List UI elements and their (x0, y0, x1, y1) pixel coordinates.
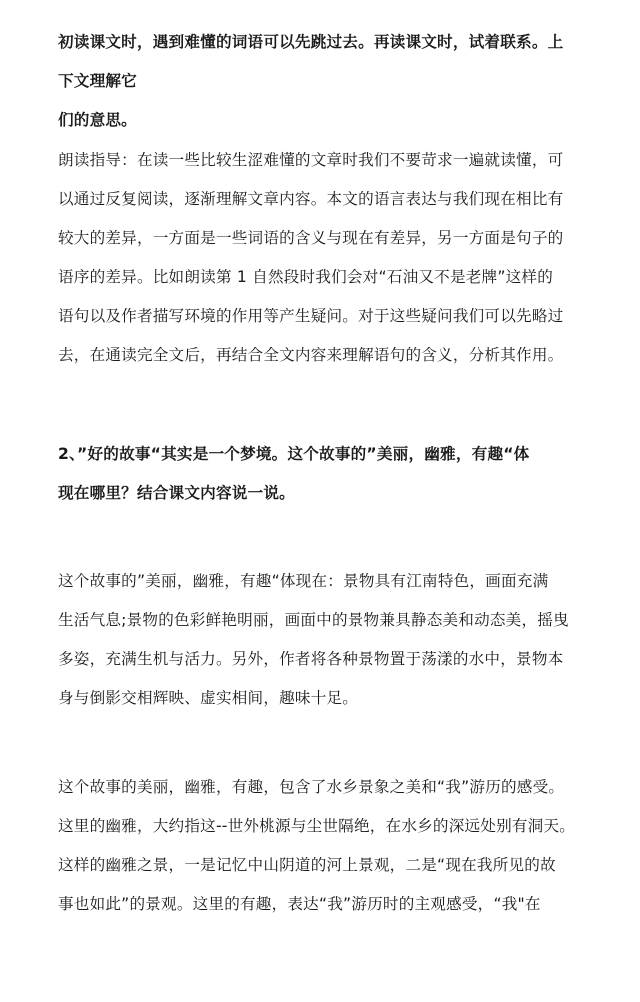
answer-line: 事也如此”的景观。这里的有趣，表达“我”游历时的主观感受，“我"在 (58, 894, 541, 914)
answer-line: 生活气息;景物的色彩鲜艳明丽，画面中的景物兼具静态美和动态美，摇曳 (58, 610, 569, 630)
answer-line: 身与倒影交相辉映、虚实相间，趣味十足。 (58, 688, 358, 708)
guidance-line: 朗读指导：在读一些比较生涩难懂的文章时我们不要苛求一遍就读懂，可 (58, 150, 563, 170)
answer-line: 多姿，充满生机与活力。另外，作者将各种景物置于荡漾的水中，景物本 (58, 649, 563, 669)
intro-line: 下文理解它 (58, 71, 137, 91)
answer-line: 这样的幽雅之景，一是记忆中山阴道的河上景观，二是“现在我所见的故 (58, 855, 556, 875)
guidance-line: 语序的差异。比如朗读第 1 自然段时我们会对“石油又不是老牌”这样的 (58, 267, 553, 287)
answer-line: 这个故事的”美丽，幽雅，有趣“体现在：景物具有江南特色，画面充满 (58, 571, 548, 591)
question-line: 2、”好的故事“其实是一个梦境。这个故事的”美丽，幽雅，有趣“体 (58, 444, 529, 464)
guidance-line: 较大的差异，一方面是一些词语的含义与现在有差异，另一方面是句子的 (58, 228, 563, 248)
guidance-line: 语句以及作者描写环境的作用等产生疑问。对于这些疑问我们可以先略过 (58, 306, 563, 326)
intro-line: 们的意思。 (58, 110, 137, 130)
answer-line: 这里的幽雅，大约指这--世外桃源与尘世隔绝，在水乡的深远处别有洞天。 (58, 816, 575, 836)
question-line: 现在哪里？结合课文内容说一说。 (58, 483, 295, 503)
intro-line: 初读课文时，遇到难懂的词语可以先跳过去。再读课文时，试着联系。上 (58, 32, 563, 52)
guidance-line: 以通过反复阅读，逐渐理解文章内容。本文的语言表达与我们现在相比有 (58, 189, 563, 209)
guidance-line: 去，在通读完全文后，再结合全文内容来理解语句的含义，分析其作用。 (58, 345, 563, 365)
answer-line: 这个故事的美丽，幽雅，有趣，包含了水乡景象之美和“我”游历的感受。 (58, 777, 564, 797)
